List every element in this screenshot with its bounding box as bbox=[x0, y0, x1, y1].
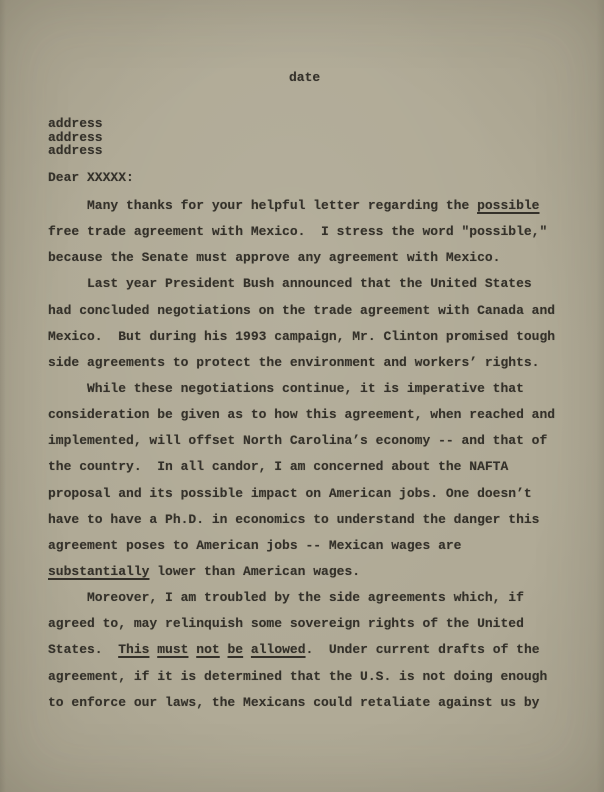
letter-line: Moreover, I am troubled by the side agre… bbox=[48, 585, 588, 611]
text-segment: to enforce our laws, the Mexicans could … bbox=[48, 695, 539, 710]
text-segment: side agreements to protect the environme… bbox=[48, 355, 539, 370]
letter-page: date address address address Dear XXXXX:… bbox=[0, 0, 604, 792]
underlined-text: allowed bbox=[251, 642, 306, 657]
address-line: address bbox=[48, 131, 103, 145]
letter-line: had concluded negotiations on the trade … bbox=[48, 298, 588, 324]
address-line: address bbox=[48, 117, 103, 131]
paragraph: Moreover, I am troubled by the side agre… bbox=[48, 585, 588, 716]
letter-line: States. This must not be allowed. Under … bbox=[48, 637, 588, 663]
date-placeholder: date bbox=[289, 71, 320, 85]
letter-line: have to have a Ph.D. in economics to und… bbox=[48, 507, 588, 533]
text-segment: While these negotiations continue, it is… bbox=[87, 381, 524, 396]
text-segment: Last year President Bush announced that … bbox=[87, 276, 532, 291]
paragraph: Last year President Bush announced that … bbox=[48, 271, 588, 376]
underlined-text: not bbox=[196, 642, 219, 657]
letter-line: free trade agreement with Mexico. I stre… bbox=[48, 219, 588, 245]
letter-line: because the Senate must approve any agre… bbox=[48, 245, 588, 271]
paragraph: While these negotiations continue, it is… bbox=[48, 376, 588, 585]
text-segment: consideration be given as to how this ag… bbox=[48, 407, 555, 422]
letter-line: agreed to, may relinquish some sovereign… bbox=[48, 611, 588, 637]
text-segment: the country. In all candor, I am concern… bbox=[48, 459, 508, 474]
underlined-text: be bbox=[228, 642, 244, 657]
letter-line: agreement, if it is determined that the … bbox=[48, 664, 588, 690]
text-segment: free trade agreement with Mexico. I stre… bbox=[48, 224, 547, 239]
letter-line: proposal and its possible impact on Amer… bbox=[48, 481, 588, 507]
address-line: address bbox=[48, 144, 103, 158]
text-segment: . Under current drafts of the bbox=[306, 642, 540, 657]
letter-line: substantially lower than American wages. bbox=[48, 559, 588, 585]
letter-line: While these negotiations continue, it is… bbox=[48, 376, 588, 402]
letter-line: implemented, will offset North Carolina’… bbox=[48, 428, 588, 454]
letter-line: consideration be given as to how this ag… bbox=[48, 402, 588, 428]
text-segment: Mexico. But during his 1993 campaign, Mr… bbox=[48, 329, 555, 344]
text-segment: agreement poses to American jobs -- Mexi… bbox=[48, 538, 461, 553]
text-segment: because the Senate must approve any agre… bbox=[48, 250, 500, 265]
text-segment bbox=[243, 642, 251, 657]
letter-line: Mexico. But during his 1993 campaign, Mr… bbox=[48, 324, 588, 350]
text-segment: implemented, will offset North Carolina’… bbox=[48, 433, 547, 448]
letter-body: Many thanks for your helpful letter rega… bbox=[48, 193, 588, 716]
salutation: Dear XXXXX: bbox=[48, 171, 134, 185]
underlined-text: must bbox=[157, 642, 188, 657]
letter-line: Last year President Bush announced that … bbox=[48, 271, 588, 297]
letter-line: to enforce our laws, the Mexicans could … bbox=[48, 690, 588, 716]
text-segment: lower than American wages. bbox=[149, 564, 360, 579]
text-segment: Many thanks for your helpful letter rega… bbox=[87, 198, 477, 213]
text-segment: proposal and its possible impact on Amer… bbox=[48, 486, 532, 501]
text-segment: Moreover, I am troubled by the side agre… bbox=[87, 590, 524, 605]
underlined-text: substantially bbox=[48, 564, 149, 579]
text-segment: agreement, if it is determined that the … bbox=[48, 669, 547, 684]
address-block: address address address bbox=[48, 117, 103, 158]
text-segment: had concluded negotiations on the trade … bbox=[48, 303, 555, 318]
paragraph: Many thanks for your helpful letter rega… bbox=[48, 193, 588, 271]
text-segment bbox=[220, 642, 228, 657]
letter-line: agreement poses to American jobs -- Mexi… bbox=[48, 533, 588, 559]
letter-line: Many thanks for your helpful letter rega… bbox=[48, 193, 588, 219]
letter-line: the country. In all candor, I am concern… bbox=[48, 454, 588, 480]
underlined-text: possible bbox=[477, 198, 539, 213]
text-segment: States. bbox=[48, 642, 118, 657]
underlined-text: This bbox=[118, 642, 149, 657]
text-segment: agreed to, may relinquish some sovereign… bbox=[48, 616, 524, 631]
letter-line: side agreements to protect the environme… bbox=[48, 350, 588, 376]
text-segment: have to have a Ph.D. in economics to und… bbox=[48, 512, 539, 527]
